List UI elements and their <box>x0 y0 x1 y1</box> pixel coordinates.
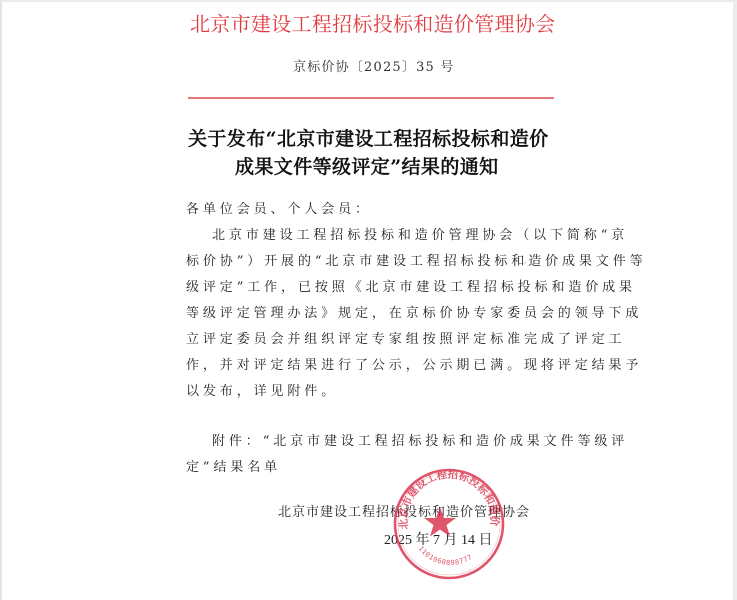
issue-date: 2025 年 7 月 14 日 <box>384 533 493 549</box>
document-page: 北京市建设工程招标投标和造价管理协会 京标价协〔2025〕35 号 关于发布“北… <box>0 0 737 600</box>
issuer-signature: 北京市建设工程招标投标和造价管理协会 <box>278 505 530 521</box>
